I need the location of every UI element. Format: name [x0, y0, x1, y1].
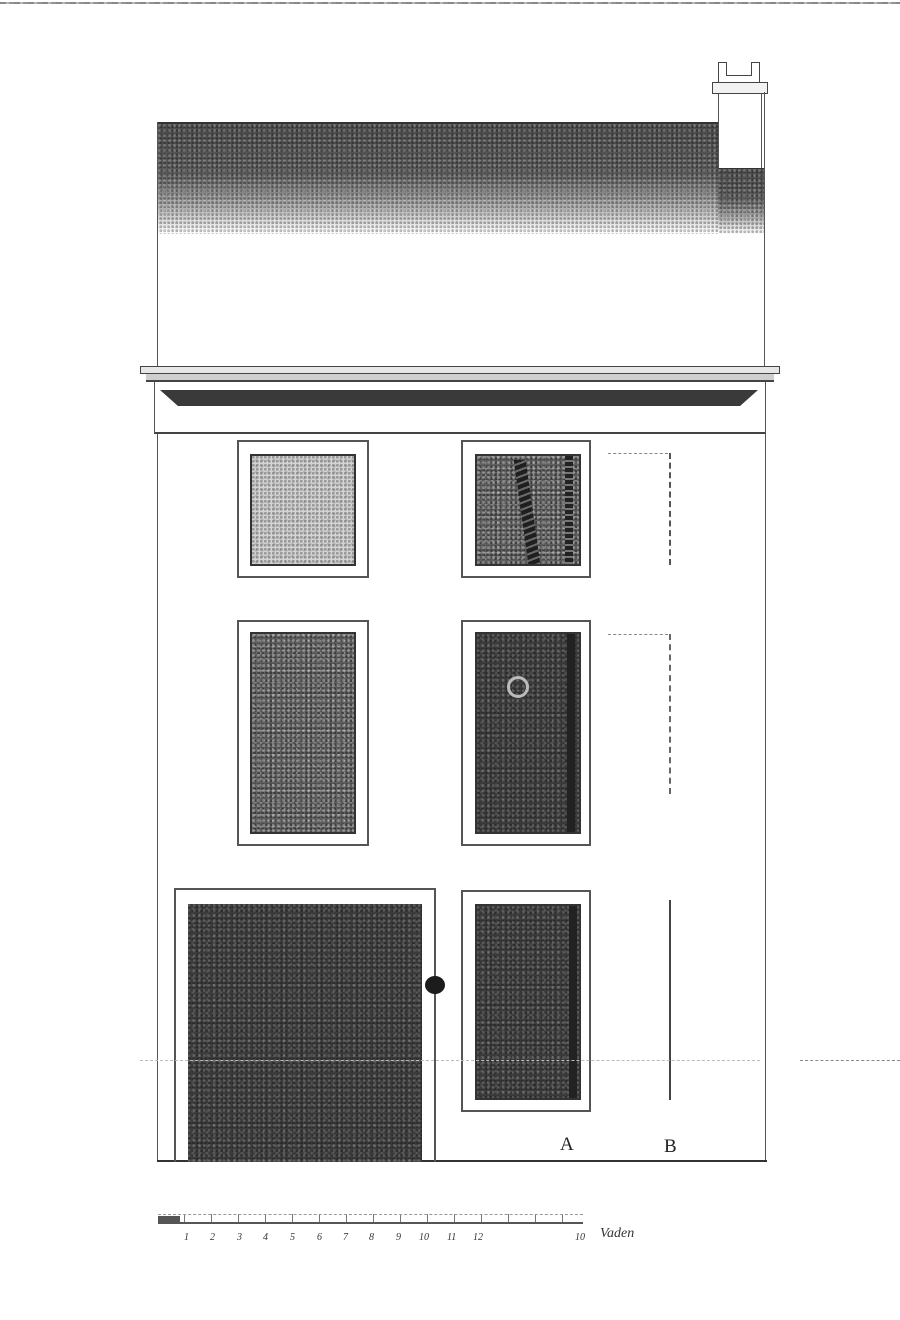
roof-right-step	[718, 168, 764, 234]
cornice-top-molding	[140, 366, 780, 374]
scale-tick-label: 6	[317, 1232, 322, 1243]
door-knob-icon	[425, 976, 445, 994]
sheet-top-edge	[0, 2, 900, 4]
scale-tick-label: 11	[447, 1232, 456, 1243]
scale-tick-label: 7	[343, 1232, 348, 1243]
window-ground-right-pane	[475, 904, 581, 1100]
section-line-upper-vertical	[669, 453, 671, 565]
door-panel	[188, 904, 422, 1162]
window-upper-left-pane	[250, 454, 356, 566]
facade-wall-right	[765, 434, 766, 1162]
roof	[158, 122, 718, 234]
scale-bar-rule	[158, 1214, 583, 1224]
section-line-middle-vertical	[669, 634, 671, 794]
attic-wall-right	[764, 92, 765, 368]
window-curtain-twist	[514, 460, 541, 564]
section-line-lower-vertical	[669, 900, 671, 1100]
window-shutter-bar	[569, 906, 577, 1098]
chimney-stack	[718, 94, 762, 170]
window-middle-right-pane	[475, 632, 581, 834]
scale-caption: Vaden	[600, 1226, 634, 1242]
chimney	[712, 60, 768, 170]
facade-wall-left	[157, 434, 158, 1162]
window-upper-right-frame	[461, 440, 591, 578]
frieze-band	[154, 382, 766, 434]
window-upper-left-frame	[237, 440, 369, 578]
window-shutter-bar	[565, 456, 573, 564]
scale-tick-label: 8	[369, 1232, 374, 1243]
scale-end-label: 10	[575, 1232, 585, 1243]
scale-tick-label: 10	[419, 1232, 429, 1243]
scale-tick-label: 12	[473, 1232, 483, 1243]
chimney-pot-notch	[726, 62, 752, 76]
window-middle-left-frame	[237, 620, 369, 846]
cornice-fillet	[146, 374, 774, 382]
attic-wall-left	[157, 122, 158, 368]
window-ground-right-frame	[461, 890, 591, 1112]
scale-tick-label: 2	[210, 1232, 215, 1243]
window-curtain-tie	[507, 676, 529, 698]
window-upper-right-pane	[475, 454, 581, 566]
scale-tick-label: 5	[290, 1232, 295, 1243]
scale-tick-label: 1	[184, 1232, 189, 1243]
window-middle-right-frame	[461, 620, 591, 846]
chimney-cap	[712, 82, 768, 94]
window-middle-left-pane	[250, 632, 356, 834]
section-label-a: A	[560, 1134, 574, 1156]
level-line	[140, 1060, 760, 1061]
scale-tick-label: 4	[263, 1232, 268, 1243]
door-frame	[174, 888, 436, 1162]
section-line-middle	[608, 634, 668, 635]
window-shutter-bar	[567, 634, 575, 832]
section-line-upper	[608, 453, 668, 454]
cornice	[140, 366, 780, 434]
scale-tick-label: 3	[237, 1232, 242, 1243]
level-line-right	[800, 1060, 900, 1061]
scale-tick-label: 9	[396, 1232, 401, 1243]
scale-bar-start-block	[158, 1216, 180, 1224]
section-label-b: B	[664, 1136, 677, 1158]
